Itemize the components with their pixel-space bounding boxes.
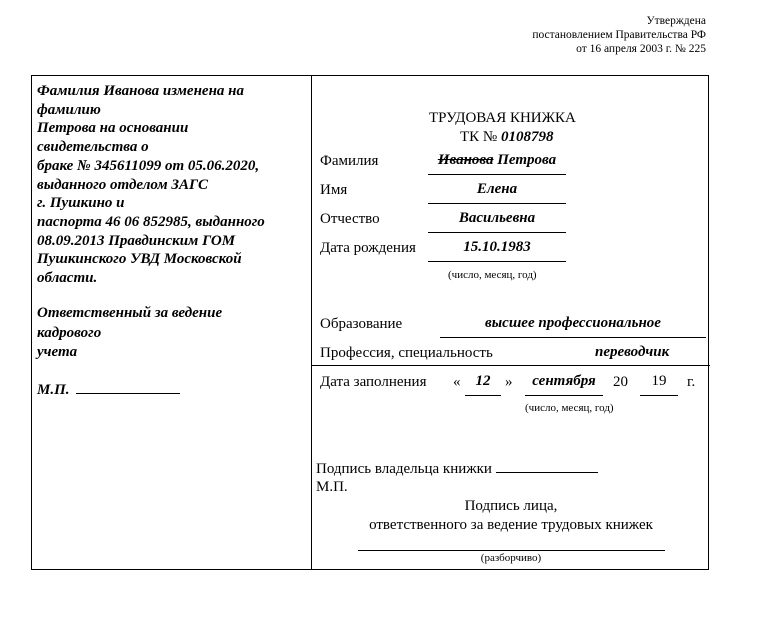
stamp-label: М.П. [37,382,70,398]
open-quote: « [453,374,461,391]
note-line: 08.09.2013 Правдинским ГОМ [37,232,307,251]
profession-field[interactable]: переводчик [595,344,669,361]
education-label: Образование [320,316,402,333]
note-line: фамилию [37,101,307,120]
note-line: свидетельства о [37,138,307,157]
responsible-line: учета [37,343,307,363]
note-line: Петрова на основании [37,119,307,138]
approval-header: Утверждена постановлением Правительства … [532,14,706,56]
filled-date-label: Дата заполнения [320,374,427,391]
filled-century: 20 [613,374,628,391]
legibly-caption: (разборчиво) [312,552,710,564]
education-field[interactable]: высшее профессиональное [440,315,706,338]
left-stamp-signature: М.П. [37,381,180,399]
right-stamp-label: М.П. [316,479,348,496]
note-line: г. Пушкино и [37,194,307,213]
column-divider [311,76,312,569]
approval-line-2: постановлением Правительства РФ [532,28,706,42]
surname-field[interactable]: Иванова Петрова [428,152,566,175]
surname-change-note: Фамилия Иванова изменена на фамилию Петр… [37,82,307,288]
responsible-line: Ответственный за ведение [37,304,307,324]
signature-line [76,381,180,394]
name-label: Имя [320,182,347,199]
approval-line-1: Утверждена [532,14,706,28]
note-line: выданного отделом ЗАГС [37,176,307,195]
responsible-line: кадрового [37,324,307,344]
patronymic-field[interactable]: Васильевна [428,210,566,233]
owner-signature: Подпись владельца книжки [316,460,598,478]
profession-label: Профессия, специальность [320,345,493,362]
name-field[interactable]: Елена [428,181,566,204]
close-quote: » [505,374,513,391]
number-prefix: ТК № [460,129,497,145]
number-value: 0108798 [501,129,554,145]
note-line: браке № 345611099 от 05.06.2020, [37,157,307,176]
birthdate-label: Дата рождения [320,240,416,257]
surname-old: Иванова [438,152,494,168]
filled-year-field[interactable]: 19 [640,373,678,396]
filled-month-field[interactable]: сентября [525,373,603,396]
responsible-signature-line-2: ответственного за ведение трудовых книже… [312,517,710,534]
document-number: ТК № 0108798 [460,129,553,146]
document-title: ТРУДОВАЯ КНИЖКА [429,110,629,127]
responsible-signature-line[interactable] [358,550,665,551]
note-line: области. [37,269,307,288]
surname-new: Петрова [497,152,556,168]
birthdate-field[interactable]: 15.10.1983 [428,239,566,262]
owner-signature-label: Подпись владельца книжки [316,461,492,477]
patronymic-label: Отчество [320,211,380,228]
note-line: Пушкинского УВД Московской [37,250,307,269]
responsible-note: Ответственный за ведение кадрового учета [37,304,307,363]
note-line: Фамилия Иванова изменена на [37,82,307,101]
responsible-signature-line-1: Подпись лица, [312,498,710,515]
note-line: паспорта 46 06 852985, выданного [37,213,307,232]
filled-date-caption: (число, месяц, год) [525,402,614,414]
surname-label: Фамилия [320,153,378,170]
profession-underline [312,365,710,366]
approval-line-3: от 16 апреля 2003 г. № 225 [532,42,706,56]
owner-signature-line[interactable] [496,460,598,473]
filled-day-field[interactable]: 12 [465,373,501,396]
work-book-page: Фамилия Иванова изменена на фамилию Петр… [31,75,709,570]
birthdate-caption: (число, месяц, год) [448,269,537,281]
year-suffix: г. [687,374,695,391]
